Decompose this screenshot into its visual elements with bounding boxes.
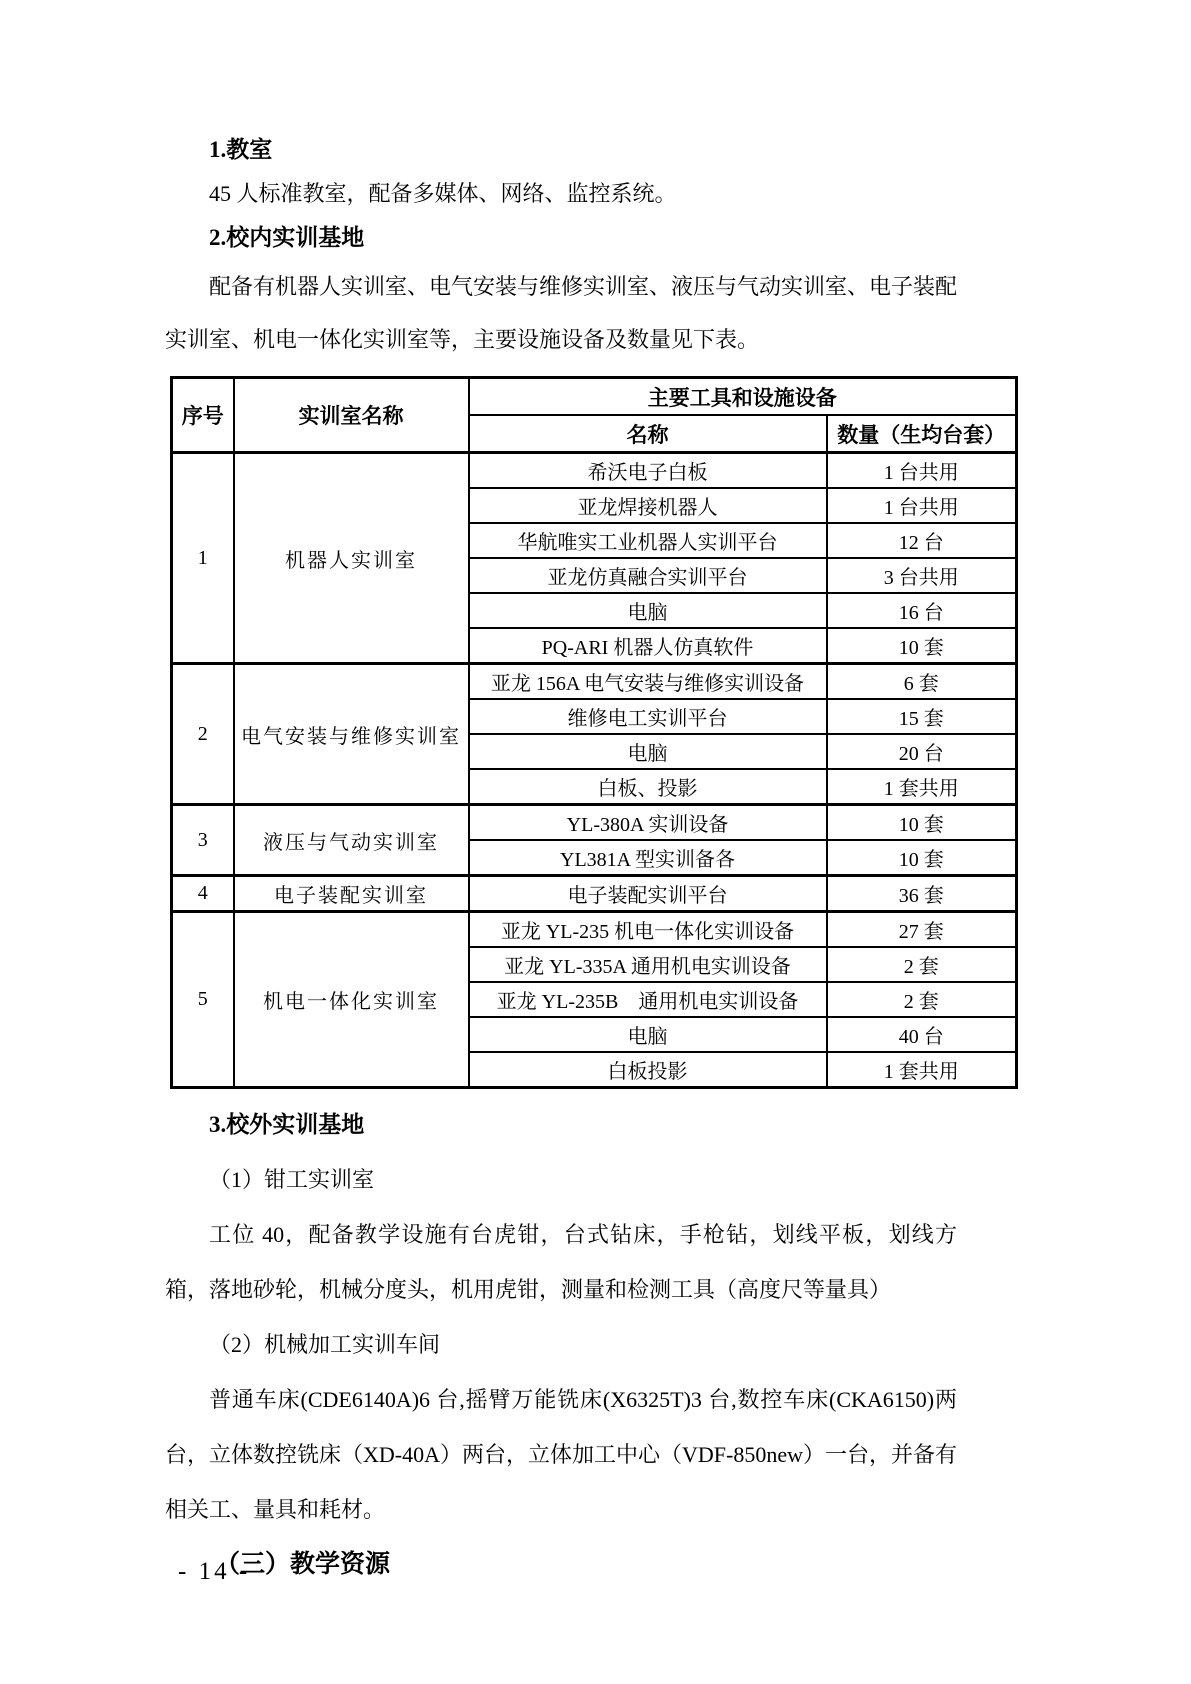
equipment-name-cell: 华航唯实工业机器人实训平台 (469, 523, 827, 558)
subheading-fitter-room: （1）钳工实训室 (165, 1152, 957, 1207)
equipment-name-cell: 亚龙 YL-235 机电一体化实训设备 (469, 912, 827, 948)
document-content: 1.教室 45 人标准教室，配备多媒体、网络、监控系统。 2.校内实训基地 配备… (165, 128, 957, 1592)
equipment-name-cell: 希沃电子白板 (469, 453, 827, 489)
serial-cell: 2 (172, 664, 234, 805)
document-page: 1.教室 45 人标准教室，配备多媒体、网络、监控系统。 2.校内实训基地 配备… (0, 0, 1191, 1684)
column-header-room: 实训室名称 (234, 378, 469, 453)
quantity-cell: 2 套 (827, 982, 1017, 1017)
quantity-cell: 1 台共用 (827, 453, 1017, 489)
equipment-name-cell: 亚龙 YL-235B 通用机电实训设备 (469, 982, 827, 1017)
serial-cell: 3 (172, 805, 234, 876)
room-name-cell: 机器人实训室 (234, 453, 469, 664)
equipment-table-body: 1 机器人实训室 希沃电子白板 1 台共用 亚龙焊接机器人 1 台共用 华航唯实… (172, 453, 1017, 1088)
quantity-cell: 10 套 (827, 840, 1017, 876)
quantity-cell: 2 套 (827, 947, 1017, 982)
classroom-description: 45 人标准教室，配备多媒体、网络、监控系统。 (165, 172, 957, 216)
equipment-name-cell: 电脑 (469, 1017, 827, 1052)
quantity-cell: 16 台 (827, 593, 1017, 628)
serial-cell: 1 (172, 453, 234, 664)
heading-teaching-resources: （三）教学资源 (165, 1537, 957, 1592)
table-row: 5 机电一体化实训室 亚龙 YL-235 机电一体化实训设备 27 套 (172, 912, 1017, 948)
equipment-name-cell: 亚龙焊接机器人 (469, 488, 827, 523)
heading-offcampus-training-base: 3.校外实训基地 (165, 1097, 957, 1152)
equipment-name-cell: 电脑 (469, 734, 827, 769)
equipment-name-cell: 白板、投影 (469, 769, 827, 805)
equipment-name-cell: PQ-ARI 机器人仿真软件 (469, 628, 827, 664)
heading-campus-training-base: 2.校内实训基地 (165, 216, 957, 260)
equipment-name-cell: 亚龙 156A 电气安装与维修实训设备 (469, 664, 827, 700)
quantity-cell: 10 套 (827, 805, 1017, 841)
header-row-1: 序号 实训室名称 主要工具和设施设备 (172, 378, 1017, 416)
quantity-cell: 40 台 (827, 1017, 1017, 1052)
subheading-machining-workshop: （2）机械加工实训车间 (165, 1317, 957, 1372)
room-name-cell: 机电一体化实训室 (234, 912, 469, 1088)
equipment-table: 序号 实训室名称 主要工具和设施设备 名称 数量（生均台套） 1 机器人实训室 … (170, 376, 1018, 1089)
room-name-cell: 电气安装与维修实训室 (234, 664, 469, 805)
machining-workshop-description: 普通车床(CDE6140A)6 台,摇臂万能铣床(X6325T)3 台,数控车床… (165, 1372, 957, 1537)
equipment-name-cell: 亚龙 YL-335A 通用机电实训设备 (469, 947, 827, 982)
table-row: 1 机器人实训室 希沃电子白板 1 台共用 (172, 453, 1017, 489)
equipment-name-cell: 亚龙仿真融合实训平台 (469, 558, 827, 593)
room-name-cell: 液压与气动实训室 (234, 805, 469, 876)
quantity-cell: 20 台 (827, 734, 1017, 769)
heading-classroom: 1.教室 (165, 128, 957, 172)
quantity-cell: 36 套 (827, 876, 1017, 912)
column-header-quantity: 数量（生均台套） (827, 415, 1017, 453)
table-row: 2 电气安装与维修实训室 亚龙 156A 电气安装与维修实训设备 6 套 (172, 664, 1017, 700)
equipment-table-header: 序号 实训室名称 主要工具和设施设备 名称 数量（生均台套） (172, 378, 1017, 453)
column-header-tools: 主要工具和设施设备 (469, 378, 1017, 416)
equipment-name-cell: YL381A 型实训备各 (469, 840, 827, 876)
quantity-cell: 6 套 (827, 664, 1017, 700)
quantity-cell: 3 台共用 (827, 558, 1017, 593)
page-number: - 14 - (178, 1558, 250, 1586)
quantity-cell: 15 套 (827, 699, 1017, 734)
serial-cell: 5 (172, 912, 234, 1088)
off-campus-section: 3.校外实训基地 （1）钳工实训室 工位 40，配备教学设施有台虎钳，台式钻床，… (165, 1097, 957, 1592)
equipment-name-cell: 电子装配实训平台 (469, 876, 827, 912)
column-header-serial: 序号 (172, 378, 234, 453)
equipment-name-cell: 电脑 (469, 593, 827, 628)
serial-cell: 4 (172, 876, 234, 912)
campus-training-intro: 配备有机器人实训室、电气安装与维修实训室、液压与气动实训室、电子装配实训室、机电… (165, 260, 957, 366)
fitter-room-description: 工位 40，配备教学设施有台虎钳，台式钻床，手枪钻，划线平板，划线方箱，落地砂轮… (165, 1207, 957, 1317)
quantity-cell: 1 套共用 (827, 1052, 1017, 1088)
quantity-cell: 27 套 (827, 912, 1017, 948)
equipment-name-cell: 维修电工实训平台 (469, 699, 827, 734)
quantity-cell: 1 台共用 (827, 488, 1017, 523)
table-row: 4 电子装配实训室 电子装配实训平台 36 套 (172, 876, 1017, 912)
equipment-name-cell: YL-380A 实训设备 (469, 805, 827, 841)
column-header-name: 名称 (469, 415, 827, 453)
equipment-name-cell: 白板投影 (469, 1052, 827, 1088)
table-row: 3 液压与气动实训室 YL-380A 实训设备 10 套 (172, 805, 1017, 841)
room-name-cell: 电子装配实训室 (234, 876, 469, 912)
quantity-cell: 12 台 (827, 523, 1017, 558)
quantity-cell: 1 套共用 (827, 769, 1017, 805)
quantity-cell: 10 套 (827, 628, 1017, 664)
